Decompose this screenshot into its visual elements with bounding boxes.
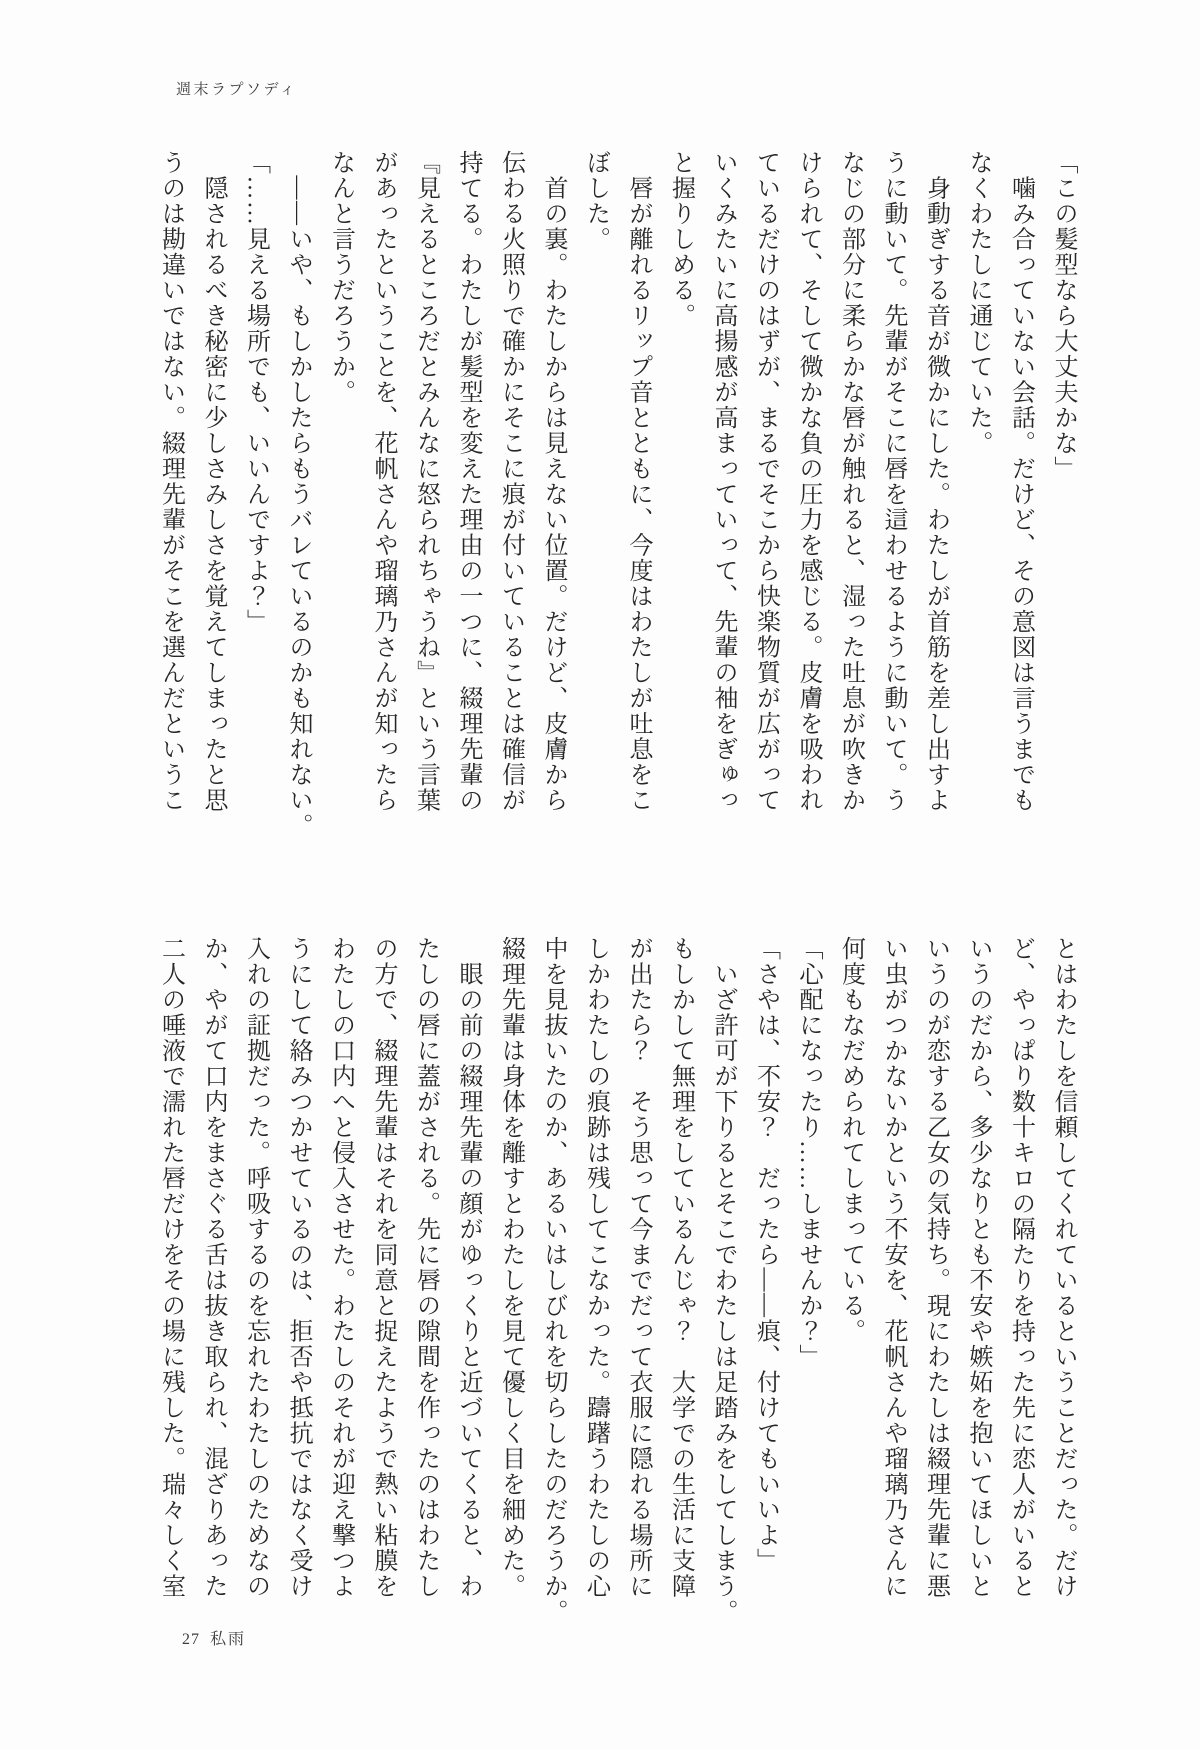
page-number: 27 bbox=[182, 1631, 200, 1648]
text-column: たしの唇に蓋がされる。先に唇の隙間を作ったのはわたし bbox=[404, 936, 447, 1650]
text-column: と握りしめる。 bbox=[659, 150, 702, 864]
text-column: 持てる。わたしが髪型を変えた理由の一つに、綴理先輩の bbox=[447, 150, 490, 864]
novel-page: 週末ラプソディ 「この髪型なら大丈夫かな」 噛み合っていない会話。だけど、その意… bbox=[0, 0, 1200, 1749]
text-column: 「さやは、不安？ だったら――痕、付けてもいいよ」 bbox=[744, 936, 787, 1650]
text-column: 眼の前の綴理先輩の顔がゆっくりと近づいてくると、わ bbox=[447, 936, 490, 1650]
text-column: ているだけのはずが、まるでそこから快楽物質が広がって bbox=[744, 150, 787, 864]
text-column: いうのだから、多少なりとも不安や嫉妬を抱いてほしいと bbox=[957, 936, 1000, 1650]
text-column: ど、やっぱり数十キロの隔たりを持った先に恋人がいると bbox=[999, 936, 1042, 1650]
text-column: 噛み合っていない会話。だけど、その意図は言うまでも bbox=[999, 150, 1042, 864]
text-column: しかわたしの痕跡は残してこなかった。躊躇うわたしの心 bbox=[574, 936, 617, 1650]
text-column: 二人の唾液で濡れた唇だけをその場に残した。瑞々しく室 bbox=[149, 936, 192, 1650]
text-column: いざ許可が下りるとそこでわたしは足踏みをしてしまう。 bbox=[702, 936, 745, 1650]
page-footer: 27私雨 bbox=[182, 1626, 246, 1649]
text-column: 首の裏。わたしからは見えない位置。だけど、皮膚から bbox=[532, 150, 575, 864]
text-column: 伝わる火照りで確かにそこに痕が付いていることは確信が bbox=[489, 150, 532, 864]
text-column: 身動ぎする音が微かにした。わたしが首筋を差し出すよ bbox=[914, 150, 957, 864]
lower-text-block: とはわたしを信頼してくれているということだった。だけ ど、やっぱり数十キロの隔た… bbox=[148, 936, 1084, 1650]
text-column: けられて、そして微かな負の圧力を感じる。皮膚を吸われ bbox=[787, 150, 830, 864]
text-column: の方で、綴理先輩はそれを同意と捉えたようで熱い粘膜を bbox=[362, 936, 405, 1650]
upper-text-block: 「この髪型なら大丈夫かな」 噛み合っていない会話。だけど、その意図は言うまでも … bbox=[148, 150, 1084, 864]
text-column: いうのが恋する乙女の気持ち。現にわたしは綴理先輩に悪 bbox=[914, 936, 957, 1650]
text-column: うに動いて。先輩がそこに唇を這わせるように動いて。う bbox=[872, 150, 915, 864]
text-column: ぼした。 bbox=[574, 150, 617, 864]
text-column: 「心配になったり……しませんか？」 bbox=[787, 936, 830, 1650]
text-column: なじの部分に柔らかな唇が触れると、湿った吐息が吹きか bbox=[829, 150, 872, 864]
text-column: が出たら？ そう思って今までだって衣服に隠れる場所に bbox=[617, 936, 660, 1650]
text-column: うのは勘違いではない。綴理先輩がそこを選んだというこ bbox=[149, 150, 192, 864]
text-column: わたしの口内へと侵入させた。わたしのそれが迎え撃つよ bbox=[319, 936, 362, 1650]
text-column: ――いや、もしかしたらもうバレているのかも知れない。 bbox=[277, 150, 320, 864]
text-column: なんと言うだろうか。 bbox=[319, 150, 362, 864]
footer-book-title: 私雨 bbox=[210, 1631, 246, 1648]
text-column: 隠されるべき秘密に少しさみしさを覚えてしまったと思 bbox=[192, 150, 235, 864]
text-column: 唇が離れるリップ音とともに、今度はわたしが吐息をこ bbox=[617, 150, 660, 864]
text-column: 何度もなだめられてしまっている。 bbox=[829, 936, 872, 1650]
text-column: 中を見抜いたのか、あるいはしびれを切らしたのだろうか。 bbox=[532, 936, 575, 1650]
text-column: とはわたしを信頼してくれているということだった。だけ bbox=[1042, 936, 1085, 1650]
text-column: 綴理先輩は身体を離すとわたしを見て優しく目を細めた。 bbox=[489, 936, 532, 1650]
text-column: うにして絡みつかせているのは、拒否や抵抗ではなく受け bbox=[277, 936, 320, 1650]
text-column: があったということを、花帆さんや瑠璃乃さんが知ったら bbox=[362, 150, 405, 864]
text-column: いくみたいに高揚感が高まっていって、先輩の袖をぎゅっ bbox=[702, 150, 745, 864]
running-header: 週末ラプソディ bbox=[176, 78, 297, 99]
text-column: い虫がつかないかという不安を、花帆さんや瑠璃乃さんに bbox=[872, 936, 915, 1650]
text-column: もしかして無理をしているんじゃ？ 大学での生活に支障 bbox=[659, 936, 702, 1650]
text-column: 「この髪型なら大丈夫かな」 bbox=[1042, 150, 1085, 864]
text-column: 入れの証拠だった。呼吸するのを忘れたわたしのためなの bbox=[234, 936, 277, 1650]
text-column: 「……見える場所でも、いいんですよ？」 bbox=[234, 150, 277, 864]
text-column: 『見えるところだとみんなに怒られちゃうね』という言葉 bbox=[404, 150, 447, 864]
text-column: か、やがて口内をまさぐる舌は抜き取られ、混ざりあった bbox=[192, 936, 235, 1650]
text-column: なくわたしに通じていた。 bbox=[957, 150, 1000, 864]
